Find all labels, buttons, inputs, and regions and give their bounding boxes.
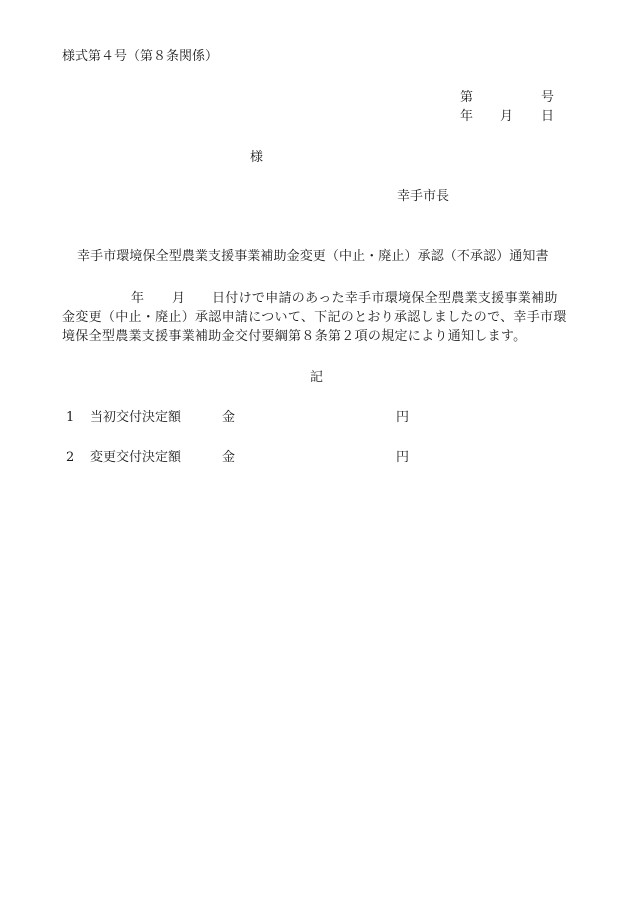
item-unit: 円 [396,450,409,466]
body-date-year: 年 [131,291,144,307]
number-prefix: 第 [460,90,473,106]
number-suffix: 号 [541,90,554,106]
body-line-2: 金変更（中止・廃止）承認申請について、下記のとおり承認しましたので、幸手市環 [62,310,567,326]
item-label: 当初交付決定額 [90,410,181,426]
item-number: 1 [66,410,74,426]
ki-heading: 記 [310,370,323,386]
date-day: 日 [541,109,554,125]
item-prefix: 金 [222,450,235,466]
item-unit: 円 [396,410,409,426]
addressee-suffix: 様 [250,150,263,166]
body-line-3: 境保全型農業支援事業補助金交付要綱第８条第２項の規定により通知します。 [62,329,526,345]
sender: 幸手市長 [397,189,449,205]
body-line-1: 日付けで申請のあった幸手市環境保全型農業支援事業補助 [212,291,558,307]
document-title: 幸手市環境保全型農業支援事業補助金変更（中止・廃止）承認（不承認）通知書 [77,249,549,265]
body-date-month: 月 [172,291,185,307]
form-label: 様式第４号（第８条関係） [62,49,218,65]
item-prefix: 金 [222,410,235,426]
date-month: 月 [500,109,513,125]
item-label: 変更交付決定額 [90,450,181,466]
date-year: 年 [460,109,473,125]
item-number: 2 [66,450,74,466]
